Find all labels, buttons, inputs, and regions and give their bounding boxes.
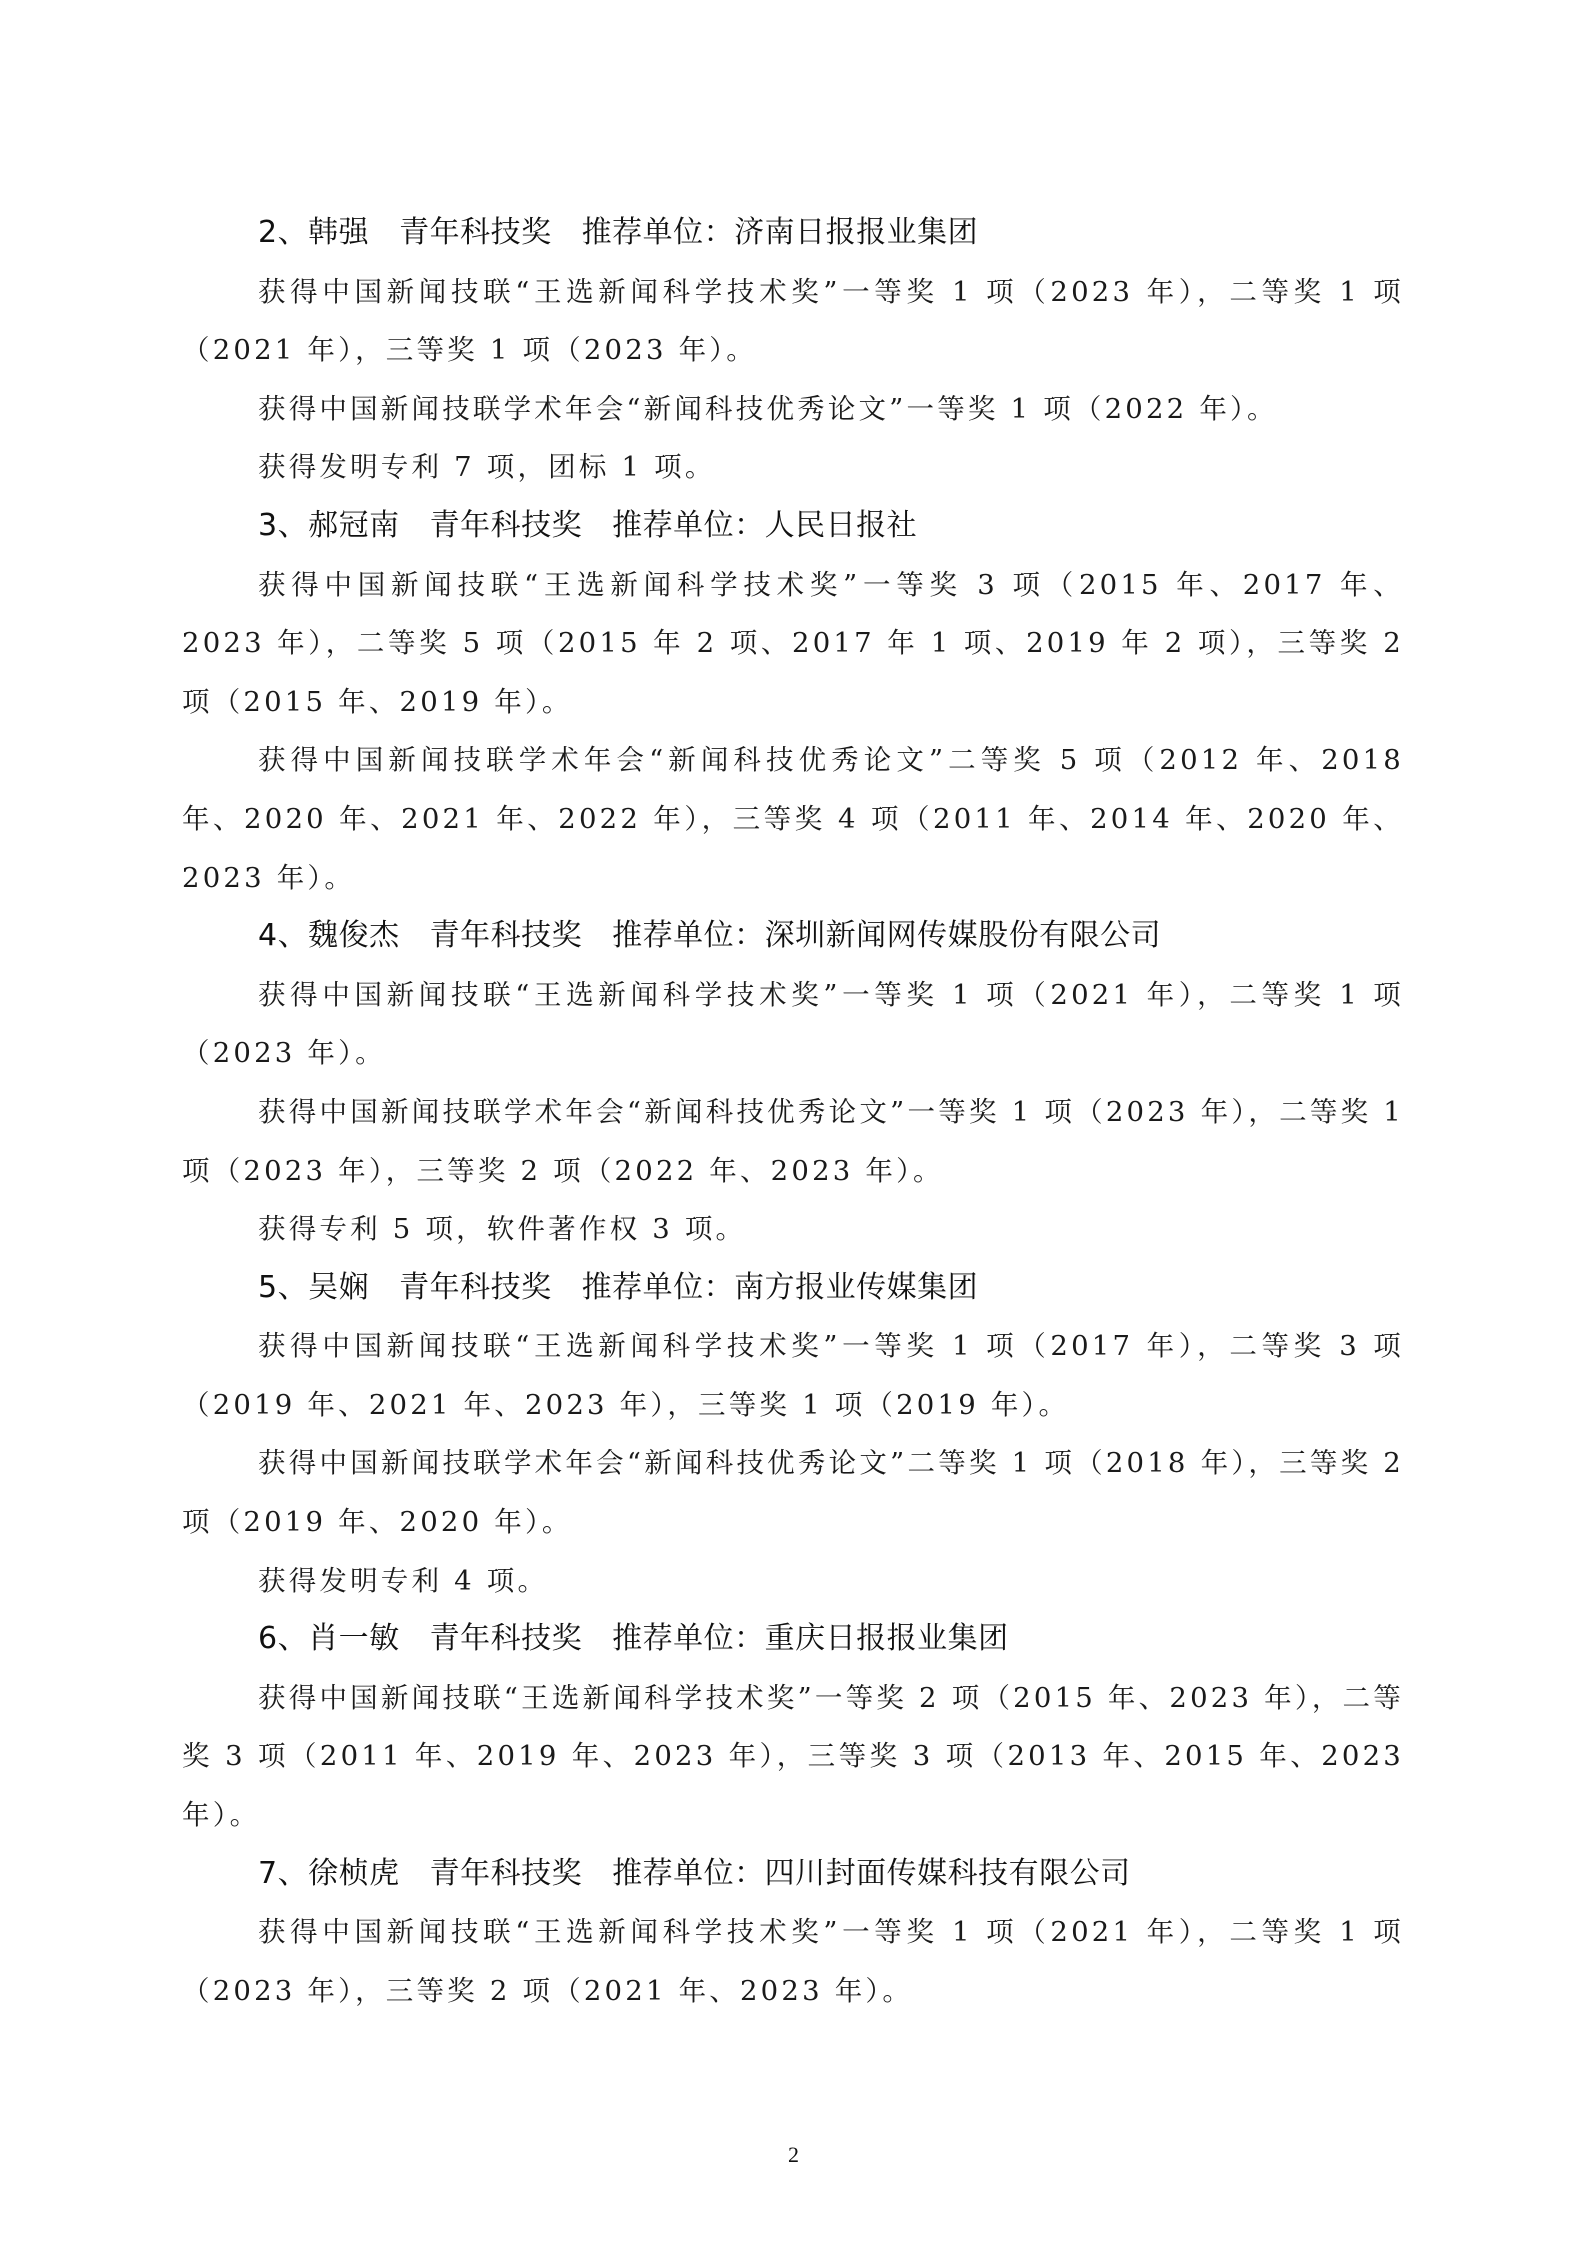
entry-number: 4、 — [258, 918, 308, 953]
achievement-paragraph: 获得中国新闻技联学术年会“新闻科技优秀论文”一等奖 1 项（2023 年），二等… — [182, 1083, 1404, 1200]
nominee-name: 韩强 — [308, 215, 369, 250]
nominee-name: 吴娴 — [308, 1270, 369, 1305]
document-body: 2、韩强青年科技奖推荐单位：济南日报报业集团 获得中国新闻技联“王选新闻科学技术… — [182, 204, 1404, 2020]
award-category: 青年科技奖 — [399, 215, 552, 250]
nominee-name: 徐桢虎 — [308, 1856, 400, 1891]
achievement-paragraph: 获得中国新闻技联“王选新闻科学技术奖”一等奖 2 项（2015 年、2023 年… — [182, 1669, 1404, 1845]
recommender-label: 推荐单位： — [612, 1621, 765, 1656]
achievement-paragraph: 获得发明专利 7 项，团标 1 项。 — [182, 438, 1404, 497]
recommender-label: 推荐单位： — [612, 918, 765, 953]
nominee-entry: 4、魏俊杰青年科技奖推荐单位：深圳新闻网传媒股份有限公司 获得中国新闻技联“王选… — [182, 907, 1404, 1259]
achievement-paragraph: 获得中国新闻技联“王选新闻科学技术奖”一等奖 1 项（2021 年），二等奖 1… — [182, 1903, 1404, 2020]
achievement-paragraph: 获得发明专利 4 项。 — [182, 1552, 1404, 1611]
nominee-heading: 4、魏俊杰青年科技奖推荐单位：深圳新闻网传媒股份有限公司 — [182, 907, 1404, 966]
nominee-name: 肖一敏 — [308, 1621, 400, 1656]
award-category: 青年科技奖 — [430, 508, 583, 543]
recommender-label: 推荐单位： — [612, 508, 765, 543]
achievement-paragraph: 获得中国新闻技联“王选新闻科学技术奖”一等奖 1 项（2023 年），二等奖 1… — [182, 263, 1404, 380]
award-category: 青年科技奖 — [430, 1856, 583, 1891]
achievement-paragraph: 获得中国新闻技联学术年会“新闻科技优秀论文”一等奖 1 项（2022 年）。 — [182, 380, 1404, 439]
award-category: 青年科技奖 — [430, 918, 583, 953]
achievement-paragraph: 获得中国新闻技联“王选新闻科学技术奖”一等奖 3 项（2015 年、2017 年… — [182, 556, 1404, 732]
achievement-paragraph: 获得中国新闻技联学术年会“新闻科技优秀论文”二等奖 1 项（2018 年），三等… — [182, 1434, 1404, 1551]
nominee-entry: 2、韩强青年科技奖推荐单位：济南日报报业集团 获得中国新闻技联“王选新闻科学技术… — [182, 204, 1404, 497]
nominee-name: 郝冠南 — [308, 508, 400, 543]
recommender-label: 推荐单位： — [612, 1856, 765, 1891]
achievement-paragraph: 获得中国新闻技联“王选新闻科学技术奖”一等奖 1 项（2021 年），二等奖 1… — [182, 966, 1404, 1083]
page-number: 2 — [0, 2142, 1587, 2168]
recommender-org: 南方报业传媒集团 — [734, 1270, 978, 1305]
entry-number: 7、 — [258, 1856, 308, 1891]
achievement-paragraph: 获得中国新闻技联学术年会“新闻科技优秀论文”二等奖 5 项（2012 年、201… — [182, 731, 1404, 907]
recommender-org: 四川封面传媒科技有限公司 — [765, 1856, 1131, 1891]
recommender-org: 深圳新闻网传媒股份有限公司 — [765, 918, 1162, 953]
achievement-paragraph: 获得中国新闻技联“王选新闻科学技术奖”一等奖 1 项（2017 年），二等奖 3… — [182, 1317, 1404, 1434]
recommender-label: 推荐单位： — [582, 215, 735, 250]
recommender-label: 推荐单位： — [582, 1270, 735, 1305]
award-category: 青年科技奖 — [430, 1621, 583, 1656]
recommender-org: 人民日报社 — [765, 508, 918, 543]
document-page: 2、韩强青年科技奖推荐单位：济南日报报业集团 获得中国新闻技联“王选新闻科学技术… — [0, 0, 1587, 2245]
nominee-heading: 2、韩强青年科技奖推荐单位：济南日报报业集团 — [182, 204, 1404, 263]
nominee-heading: 7、徐桢虎青年科技奖推荐单位：四川封面传媒科技有限公司 — [182, 1845, 1404, 1904]
nominee-entry: 3、郝冠南青年科技奖推荐单位：人民日报社 获得中国新闻技联“王选新闻科学技术奖”… — [182, 497, 1404, 907]
nominee-heading: 5、吴娴青年科技奖推荐单位：南方报业传媒集团 — [182, 1259, 1404, 1318]
nominee-name: 魏俊杰 — [308, 918, 400, 953]
entry-number: 5、 — [258, 1270, 308, 1305]
nominee-entry: 5、吴娴青年科技奖推荐单位：南方报业传媒集团 获得中国新闻技联“王选新闻科学技术… — [182, 1259, 1404, 1611]
recommender-org: 重庆日报报业集团 — [765, 1621, 1009, 1656]
nominee-entry: 7、徐桢虎青年科技奖推荐单位：四川封面传媒科技有限公司 获得中国新闻技联“王选新… — [182, 1845, 1404, 2021]
entry-number: 6、 — [258, 1621, 308, 1656]
award-category: 青年科技奖 — [399, 1270, 552, 1305]
nominee-heading: 6、肖一敏青年科技奖推荐单位：重庆日报报业集团 — [182, 1610, 1404, 1669]
recommender-org: 济南日报报业集团 — [734, 215, 978, 250]
entry-number: 3、 — [258, 508, 308, 543]
achievement-paragraph: 获得专利 5 项，软件著作权 3 项。 — [182, 1200, 1404, 1259]
nominee-heading: 3、郝冠南青年科技奖推荐单位：人民日报社 — [182, 497, 1404, 556]
nominee-entry: 6、肖一敏青年科技奖推荐单位：重庆日报报业集团 获得中国新闻技联“王选新闻科学技… — [182, 1610, 1404, 1844]
entry-number: 2、 — [258, 215, 308, 250]
